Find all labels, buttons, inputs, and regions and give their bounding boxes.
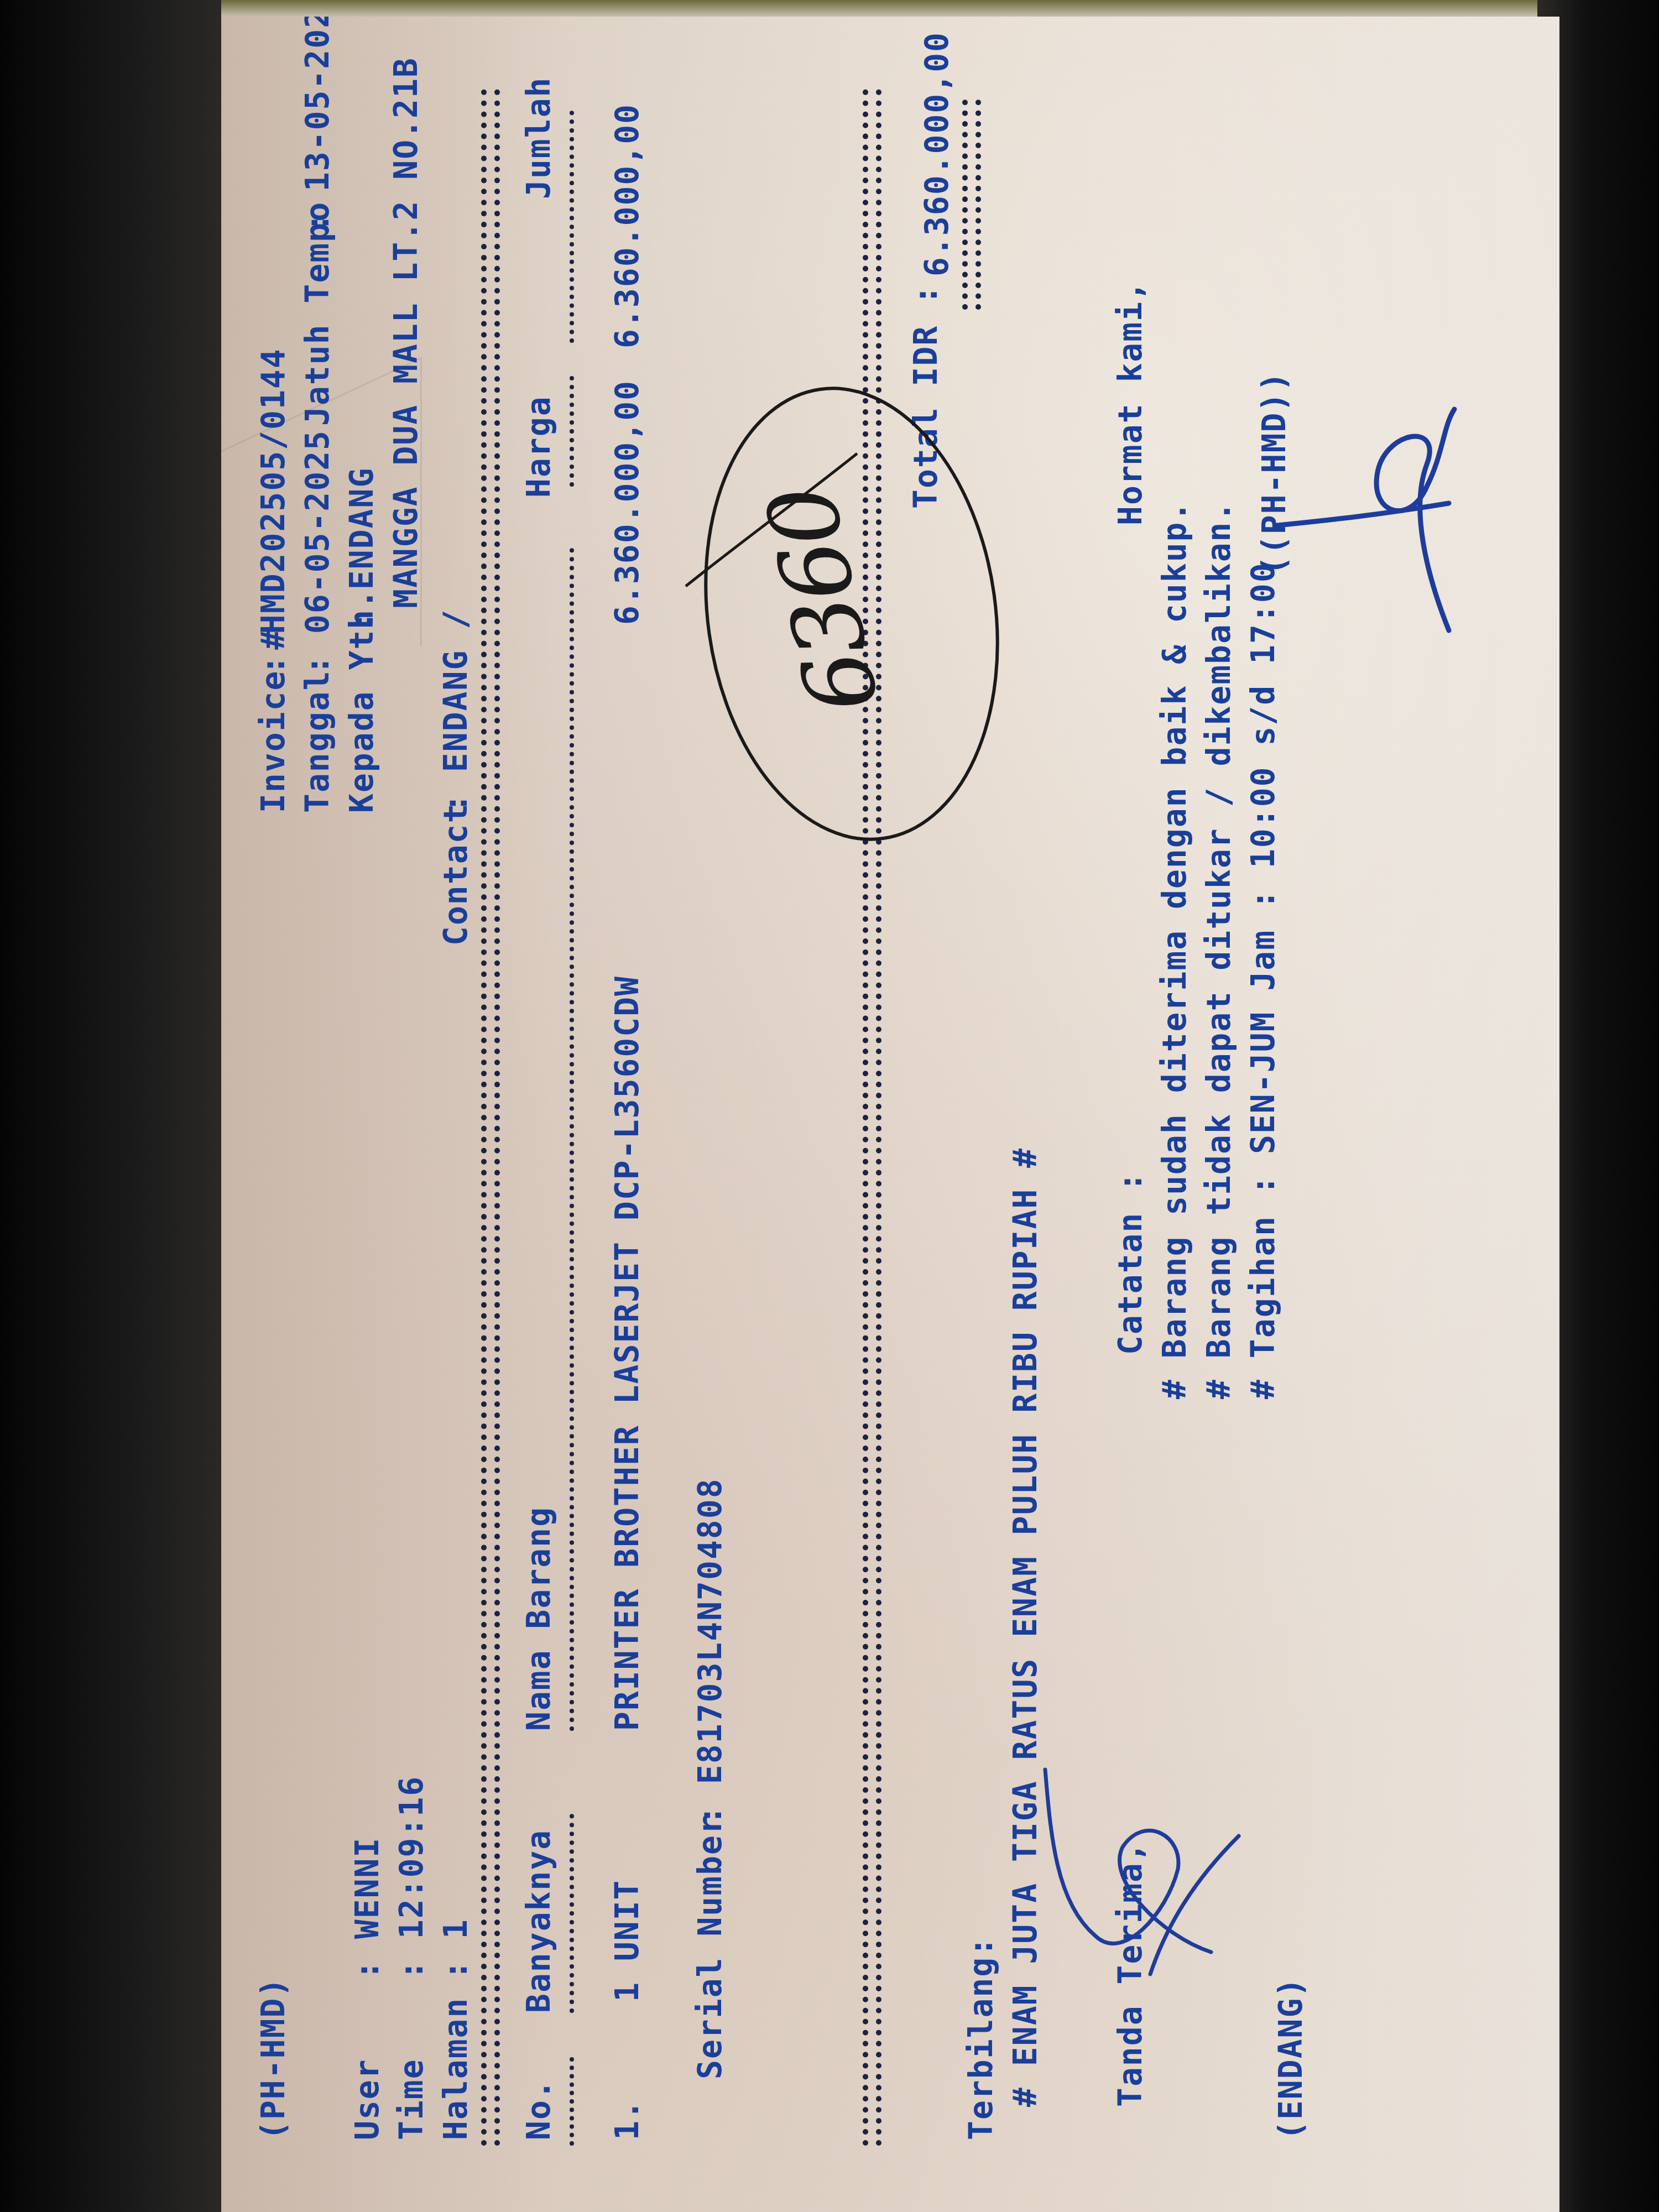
invoice-document: (PH-HMD) User : WENNI Time : 12:09:16 Ha… (221, 17, 1559, 2212)
row-qty: 1 UNIT (608, 1879, 646, 2002)
amount-in-words-label: Terbilang: (962, 1936, 1000, 2140)
sender-label: Hormat kami, (1112, 280, 1149, 525)
photo-background-top (221, 0, 1537, 17)
receiver-signature (1012, 1736, 1255, 2046)
column-rule-amount (570, 111, 574, 343)
note-item: # Tagihan : SEN-JUM Jam : 10:00 s/d 17:0… (1244, 562, 1282, 1399)
invoice-number: : HMD202505/0144 (254, 348, 292, 675)
column-rule-no (570, 2057, 574, 2146)
user-label: User (348, 2058, 386, 2140)
contact-label: Contact (437, 803, 474, 946)
user-value: : WENNI (348, 1837, 386, 1980)
serial-number: : E81703L4N704808 (691, 1478, 729, 1825)
column-rule-qty (570, 1814, 574, 2013)
total-value: 6.360.000,00 (918, 32, 956, 276)
column-header-no: No. (520, 2079, 557, 2140)
column-rule-price (570, 376, 574, 487)
note-item: # Barang sudah diterima dengan baik & cu… (1156, 501, 1193, 1399)
row-item: PRINTER BROTHER LASERJET DCP-L3560CDW (608, 975, 646, 1731)
time-value: : 12:09:16 (393, 1776, 430, 1980)
row-no: 1. (608, 2099, 646, 2140)
company-code: (PH-HMD) (254, 1977, 292, 2140)
receiver-name: (ENDANG) (1272, 1977, 1310, 2140)
column-header-amount: Jumlah (520, 76, 557, 199)
due-date: : 13-05-2025 (299, 17, 336, 232)
photo-background-left (0, 0, 221, 2212)
date-label: Tanggal (299, 670, 336, 813)
column-header-item: Nama Barang (520, 1506, 557, 1731)
column-header-price: Harga (520, 395, 557, 498)
serial-label: Serial Number (691, 1814, 729, 2079)
invoice-date: : 06-05-2025 (299, 430, 336, 675)
time-label: Time (393, 2058, 430, 2140)
row-amount: 6.360.000,00 (608, 103, 646, 348)
sender-signature (1244, 398, 1477, 653)
column-rule-item (570, 547, 574, 1731)
invoice-paper: (PH-HMD) User : WENNI Time : 12:09:16 Ha… (221, 17, 1559, 2212)
contact-value: : ENDANG / (437, 609, 474, 813)
header-separator (481, 88, 487, 2146)
recipient-name: : ENDANG (343, 467, 380, 630)
note-item: # Barang tidak dapat ditukar / dikembali… (1200, 501, 1238, 1399)
total-underline (962, 100, 968, 310)
page-value: : 1 (437, 1918, 474, 1980)
recipient-address: MANGGA DUA MALL LT.2 NO.21B (387, 57, 425, 608)
notes-label: Catatan : (1112, 1171, 1149, 1355)
column-header-qty: Banyaknya (520, 1829, 557, 2013)
row-price: 6.360.000,00 (608, 380, 646, 625)
due-label: Jatuh Tempo (299, 201, 336, 426)
page-label: Halaman (437, 1997, 474, 2140)
